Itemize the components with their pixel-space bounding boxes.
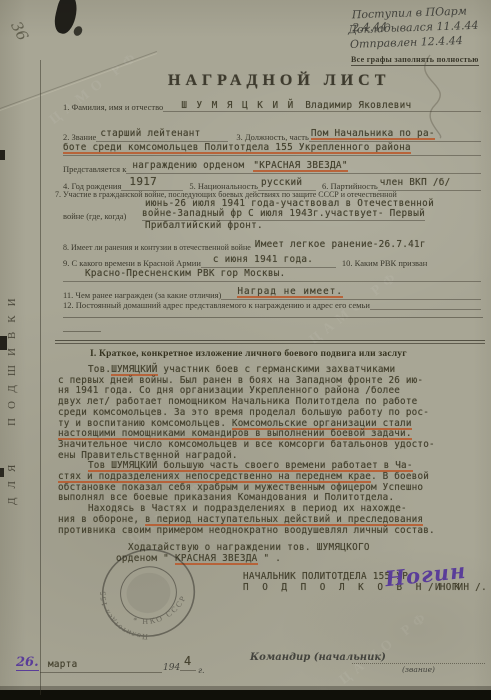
section-heading: I. Краткое, конкретное изложение личного… xyxy=(90,349,407,359)
date-line xyxy=(180,670,196,671)
blank-line xyxy=(63,317,483,318)
field-label-war-participation-2: войне (где, когда) xyxy=(63,211,126,221)
body-text-segment: участник боев с германскими захватчиками xyxy=(158,364,396,375)
date-year-typed: 4 xyxy=(184,654,192,668)
blank-line xyxy=(63,331,101,332)
margin-rule xyxy=(40,60,41,695)
registry-note-sent: Отправлен 12.4.44 xyxy=(350,34,463,51)
field-value-presented-for: награждению орденом xyxy=(132,160,244,171)
round-stamp: Политотдел 155 * НКО СССР * xyxy=(86,532,210,650)
edge-mark xyxy=(0,150,5,160)
body-text-segment: Находясь в Частях и подразделениях в пер… xyxy=(88,503,407,514)
body-text-segment: Значительное число комсомольцев и все ко… xyxy=(58,439,435,450)
commander-signature-line xyxy=(352,663,485,664)
field-value-party: член ВКП /б/ xyxy=(380,177,451,188)
signer-position: НАЧАЛЬНИК ПОЛИТОТДЕЛА 155 УР xyxy=(243,571,408,582)
scan-edge-shadow xyxy=(0,686,491,690)
body-text-segment: ены Правительственной наградой. xyxy=(58,450,238,461)
ink-blot xyxy=(72,25,84,38)
field-value-drafted-by: Красно-Пресненским РВК гор Москвы. xyxy=(85,268,286,279)
corner-page-number: 36 xyxy=(7,18,32,43)
award-sheet-document: ЦАМО РФ ЦАМО РФ ЦАМО РФ ЦАМО РФ ДЛЯ ПОДШ… xyxy=(0,0,491,700)
date-line xyxy=(40,672,162,673)
date-day: 26. xyxy=(16,655,39,671)
body-text-segment: ня 1941 года. Со дня организации Укрепле… xyxy=(58,385,400,396)
document-title: НАГРАДНОЙ ЛИСТ xyxy=(168,72,390,90)
field-value-nationality: русский xyxy=(261,177,302,188)
field-value-previous-awards: Наград не имеет. xyxy=(237,286,343,298)
commander-label: Командир (начальник) xyxy=(250,652,386,663)
archive-watermark: ЦАМО РФ xyxy=(337,608,434,689)
section-divider xyxy=(55,343,485,344)
field-value-birth-year: 1917 xyxy=(129,175,157,188)
body-text-segment: выполнял все боевые приказания Командова… xyxy=(58,492,394,503)
body-text-segment: Тов. xyxy=(88,364,111,375)
field-value-war-participation-3: Прибалтийский фронт. xyxy=(145,220,263,231)
body-lines: Тов.ШУМЯЦКИЙ участник боев с германскими… xyxy=(58,365,486,536)
body-text-segment: . В боевой xyxy=(371,471,429,482)
body-text-segment: среди комсомольцев. За это время продела… xyxy=(58,407,429,418)
field-value-position-2: боте среди комсомольцев Политотдела 155 … xyxy=(63,142,411,154)
signer-name: / НОГИН /. xyxy=(428,582,487,593)
date-year-printed: 194 xyxy=(163,663,180,673)
filing-margin-label: ДЛЯ ПОДШИВКИ xyxy=(6,289,18,505)
field-label-home-address: 12. Постоянный домашний адрес представля… xyxy=(63,300,370,310)
blank-line xyxy=(370,298,481,310)
body-text-segment: двух лет/ работает помощником Начальника… xyxy=(58,396,417,407)
field-value-given-names: Владимир Яковлевич xyxy=(305,100,411,111)
date-year-suffix: г. xyxy=(198,666,205,675)
field-label-name: 1. Фамилия, имя и отчество xyxy=(63,102,163,112)
body-text-segment: противника своим примером неоднократно в… xyxy=(58,525,435,536)
body-text-line: противника своим примером неоднократно в… xyxy=(58,526,486,537)
date-month: марта xyxy=(48,659,78,670)
scan-edge-strip xyxy=(0,690,491,700)
petition-text: " . xyxy=(258,553,282,564)
field-value-surname: Ш У М Я Ц К И Й xyxy=(181,100,295,111)
body-text-segment: ту и воспитанию комсомольцев. xyxy=(58,418,232,429)
commander-rank-hint: (звание) xyxy=(402,665,435,674)
body-text-segment: ния в обороне, xyxy=(58,514,145,525)
section-divider xyxy=(55,340,485,341)
edge-mark xyxy=(0,468,4,477)
field-value-award-name: "КРАСНАЯ ЗВЕЗДА" xyxy=(253,160,347,172)
